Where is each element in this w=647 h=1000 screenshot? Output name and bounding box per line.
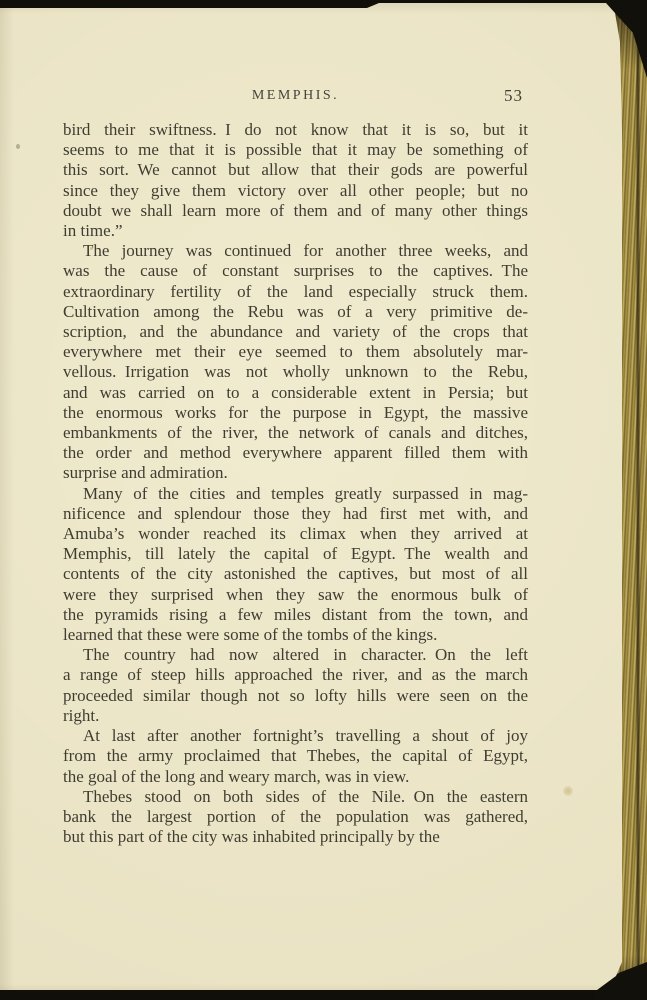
text-line: the goal of the long and weary march, wa… — [63, 767, 528, 787]
text-line: doubt we shall learn more of them and of… — [63, 201, 528, 221]
paragraph: bird their swiftness. I do not know that… — [63, 120, 528, 241]
text-line: the enormous works for the purpose in Eg… — [63, 403, 528, 423]
text-line: since they give them victory over all ot… — [63, 181, 528, 201]
text-line: contents of the city astonished the capt… — [63, 564, 528, 584]
text-line: and was carried on to a considerable ext… — [63, 383, 528, 403]
page-number: 53 — [504, 86, 523, 106]
paper-speck — [563, 786, 573, 796]
text-line: seems to me that it is possible that it … — [63, 140, 528, 160]
text-line: this sort. We cannot but allow that thei… — [63, 160, 528, 180]
text-line: from the army proclaimed that Thebes, th… — [63, 746, 528, 766]
text-line: bird their swiftness. I do not know that… — [63, 120, 528, 140]
text-line: Thebes stood on both sides of the Nile. … — [63, 787, 528, 807]
body-text: bird their swiftness. I do not know that… — [63, 120, 528, 847]
paragraph: At last after another fortnight’s travel… — [63, 726, 528, 787]
paragraph: Many of the cities and temples greatly s… — [63, 484, 528, 646]
text-line: The country had now altered in character… — [63, 645, 528, 665]
paragraph: Thebes stood on both sides of the Nile. … — [63, 787, 528, 848]
text-line: the order and method everywhere apparent… — [63, 443, 528, 463]
book-scan: MEMPHIS. 53 bird their swiftness. I do n… — [0, 0, 647, 1000]
text-line: a range of steep hills approached the ri… — [63, 665, 528, 685]
text-line: the pyramids rising a few miles distant … — [63, 605, 528, 625]
text-line: scription, and the abundance and variety… — [63, 322, 528, 342]
text-line: right. — [63, 706, 528, 726]
text-line: proceeded similar though not so lofty hi… — [63, 686, 528, 706]
book-page: MEMPHIS. 53 bird their swiftness. I do n… — [0, 0, 647, 1000]
text-line: was the cause of constant surprises to t… — [63, 261, 528, 281]
text-line: nificence and splendour those they had f… — [63, 504, 528, 524]
text-line: were they surprised when they saw the en… — [63, 585, 528, 605]
text-line: learned that these were some of the tomb… — [63, 625, 528, 645]
text-line: extraordinary fertility of the land espe… — [63, 282, 528, 302]
text-line: Memphis, till lately the capital of Egyp… — [63, 544, 528, 564]
text-line: vellous. Irrigation was not wholly unkno… — [63, 362, 528, 382]
running-header: MEMPHIS. 53 — [63, 88, 528, 108]
text-line: bank the largest portion of the populati… — [63, 807, 528, 827]
text-line: surprise and admiration. — [63, 463, 528, 483]
text-line: Amuba’s wonder reached its climax when t… — [63, 524, 528, 544]
text-line: Cultivation among the Rebu was of a very… — [63, 302, 528, 322]
paragraph: The country had now altered in character… — [63, 645, 528, 726]
text-line: but this part of the city was inhabited … — [63, 827, 528, 847]
text-line: The journey was continued for another th… — [63, 241, 528, 261]
text-line: At last after another fortnight’s travel… — [63, 726, 528, 746]
text-line: embankments of the river, the network of… — [63, 423, 528, 443]
paragraph: The journey was continued for another th… — [63, 241, 528, 483]
chapter-title: MEMPHIS. — [252, 88, 339, 103]
text-line: in time.” — [63, 221, 528, 241]
text-line: everywhere met their eye seemed to them … — [63, 342, 528, 362]
text-line: Many of the cities and temples greatly s… — [63, 484, 528, 504]
paper-speck — [16, 144, 20, 149]
